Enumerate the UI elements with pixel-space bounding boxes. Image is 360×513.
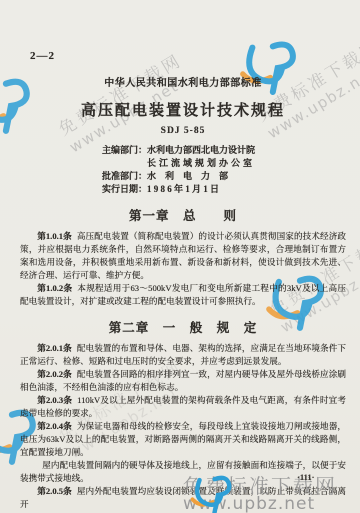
article-2-0-2: 第2.0.2条配电装置各回路的相序排列宜一致，对屋内硬导体及屋外母线桥应涂刷相色… <box>20 368 346 394</box>
effective-date-value: 1 9 8 6 年 1 月 1 日 <box>147 184 219 194</box>
editor-dept-value: 水利电力部西北电力设计院 <box>147 145 255 155</box>
standard-meta-block: 主编部门：水利电力部西北电力设计院 长江流域规划办公室 批准部门：水 利 电 力… <box>102 144 346 196</box>
article-2-0-5-label: 第2.0.5条 <box>37 486 72 496</box>
article-2-0-4: 第2.0.4条为保证电器和母线的检修安全，每段母线上宜装设接地刀闸或接地器，电压… <box>20 420 346 459</box>
standard-org-line: 中华人民共和国水利电力部部标准 <box>20 74 346 89</box>
article-1-0-1-label: 第1.0.1条 <box>37 231 72 241</box>
article-1-0-2: 第1.0.2条本规程适用于63～500kV发电厂和变电所新建工程中的3kV及以上… <box>20 282 346 308</box>
approve-dept-value: 水 利 电 力 部 <box>147 171 228 181</box>
article-2-0-2-label: 第2.0.2条 <box>37 369 72 379</box>
editor-dept-row: 主编部门：水利电力部西北电力设计院 <box>102 144 346 157</box>
approve-dept-row: 批准部门：水 利 电 力 部 <box>102 170 346 183</box>
article-2-0-1: 第2.0.1条配电装置的布置和导体、电器、架构的选择，应满足在当地环境条件下正常… <box>20 342 346 368</box>
article-1-0-2-label: 第1.0.2条 <box>37 283 72 293</box>
chapter-1-heading: 第一章 总 则 <box>20 206 346 224</box>
effective-date-row: 实行日期：1 9 8 6 年 1 月 1 日 <box>102 183 346 196</box>
document-content: 2—2 中华人民共和国水利电力部部标准 高压配电装置设计技术规程 SDJ 5-8… <box>20 42 346 511</box>
editor-dept-label: 主编部门： <box>102 145 147 155</box>
document-title: 高压配电装置设计技术规程 <box>20 99 346 120</box>
effective-date-label: 实行日期： <box>102 184 147 194</box>
up-logo-icon <box>183 473 239 513</box>
editor-dept-value-2: 长江流域规划办公室 <box>147 157 346 170</box>
scanned-document-page: 免费标准下载网 www.upbz.net 免费标准下载网 www.upbz.ne… <box>0 0 360 513</box>
article-2-0-4-label: 第2.0.4条 <box>37 421 72 431</box>
article-2-0-3-label: 第2.0.3条 <box>37 395 72 405</box>
chapter-2-heading: 第二章 一 般 规 定 <box>20 318 346 336</box>
page-label: 2—2 <box>30 50 346 62</box>
article-2-0-3: 第2.0.3条110kV及以上屋外配电装置的架构荷载条件及电气距离，有条件时宜考… <box>20 394 346 420</box>
approve-dept-label: 批准部门： <box>102 171 147 181</box>
article-1-0-1: 第1.0.1条高压配电装置（简称配电装置）的设计必须认真贯彻国家的技术经济政策，… <box>20 230 346 282</box>
page-number: ·111· <box>297 472 314 482</box>
article-2-0-1-label: 第2.0.1条 <box>37 343 72 353</box>
standard-code: SDJ 5-85 <box>20 126 346 136</box>
